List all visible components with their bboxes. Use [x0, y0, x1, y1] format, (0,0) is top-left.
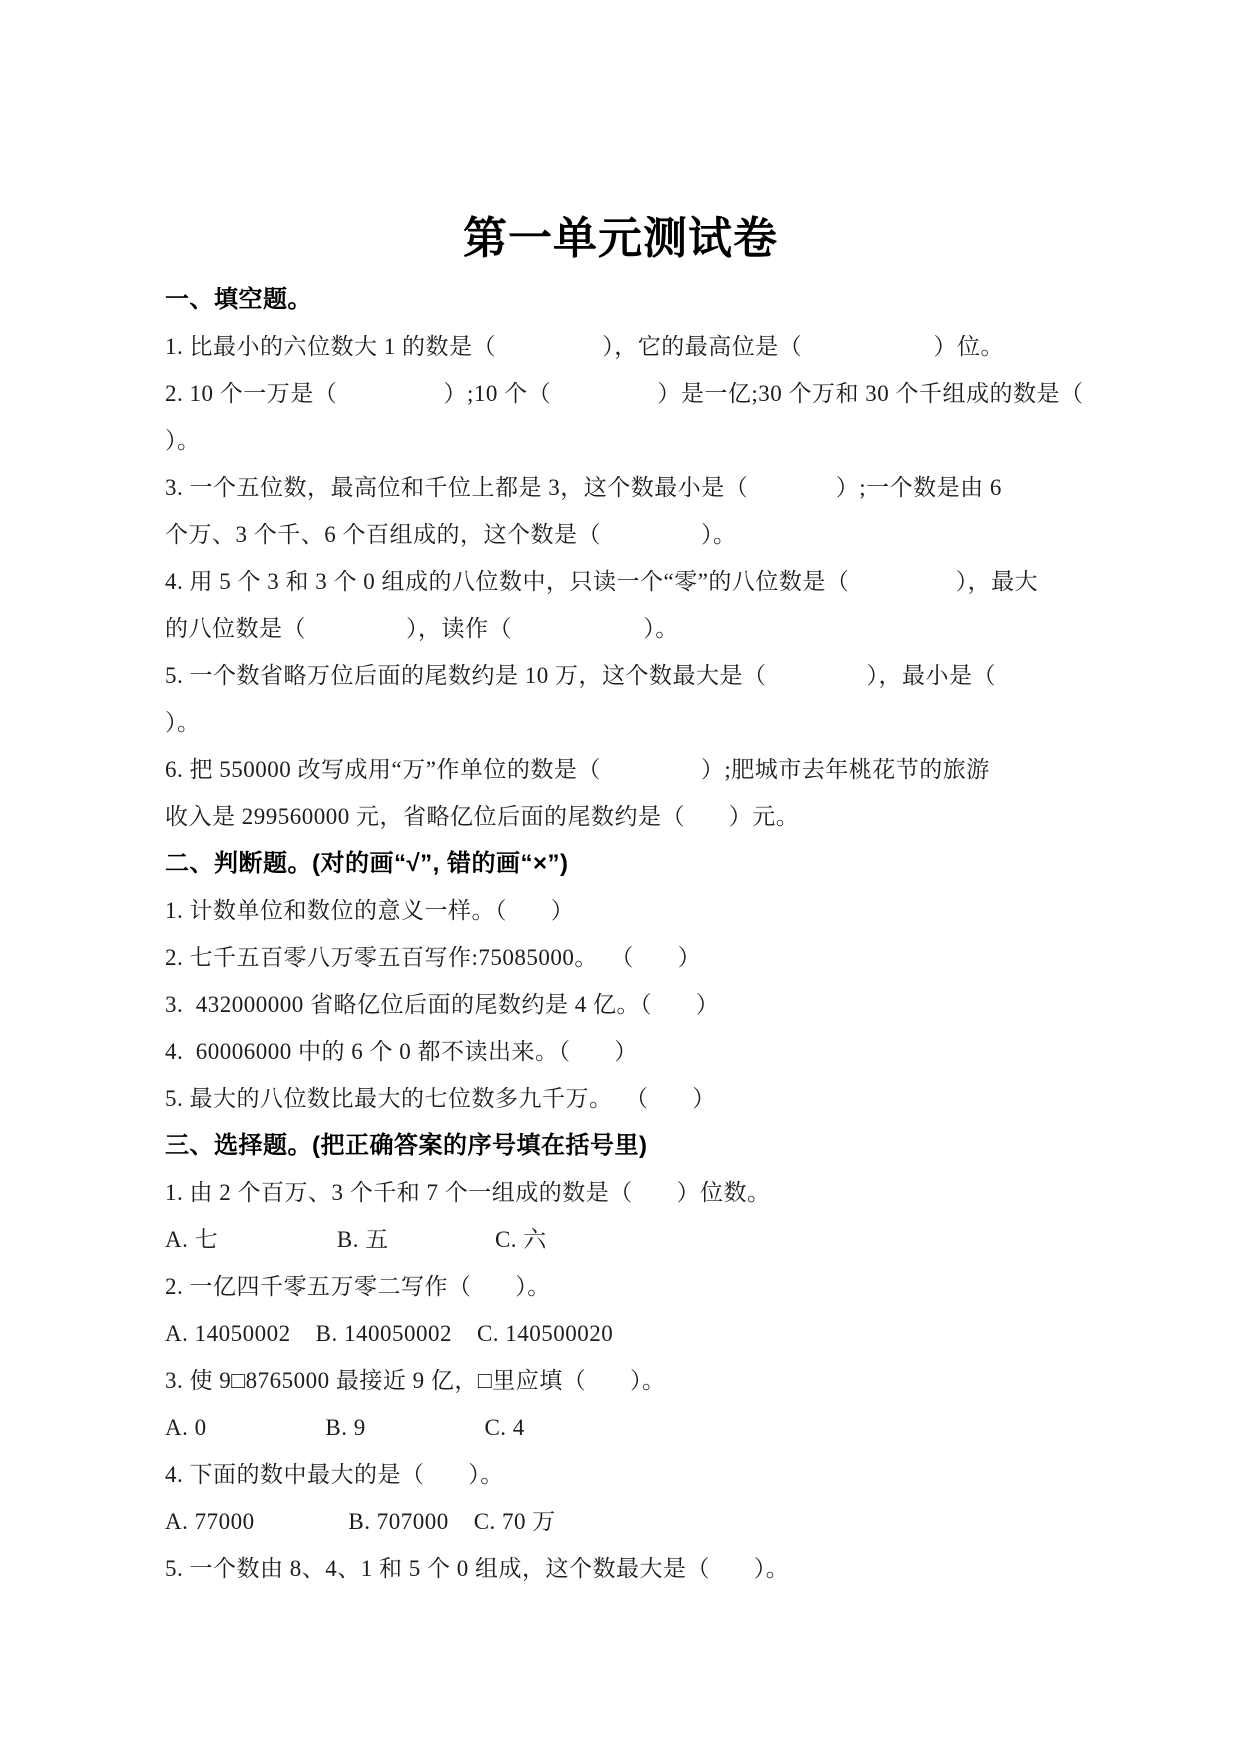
- paper-content: 一、填空题。 1. 比最小的六位数大 1 的数是（ ），它的最高位是（ ）位。 …: [165, 276, 1081, 1592]
- question-line: 5. 一个数由 8、4、1 和 5 个 0 组成，这个数最大是（ ）。: [165, 1545, 1081, 1592]
- section-true-false: 二、判断题。(对的画“√”, 错的画“×”) 1. 计数单位和数位的意义一样。（…: [165, 840, 1081, 1122]
- question-line: 4. 60006000 中的 6 个 0 都不读出来。（ ）: [165, 1028, 1081, 1075]
- section-fill-in-blanks: 一、填空题。 1. 比最小的六位数大 1 的数是（ ），它的最高位是（ ）位。 …: [165, 276, 1081, 840]
- question-line: 1. 由 2 个百万、3 个千和 7 个一组成的数是（ ）位数。: [165, 1169, 1081, 1216]
- question-line: 6. 把 550000 改写成用“万”作单位的数是（ ）;肥城市去年桃花节的旅游: [165, 746, 1081, 793]
- section-fill-in-blanks-header: 一、填空题。: [165, 276, 1081, 323]
- question-line: 3. 一个五位数，最高位和千位上都是 3，这个数最小是（ ）;一个数是由 6: [165, 464, 1081, 511]
- question-line: 3. 432000000 省略亿位后面的尾数约是 4 亿。（ ）: [165, 981, 1081, 1028]
- section-true-false-header: 二、判断题。(对的画“√”, 错的画“×”): [165, 840, 1081, 887]
- question-line: 2. 七千五百零八万零五百写作:75085000。 （ ）: [165, 934, 1081, 981]
- section-multiple-choice: 三、选择题。(把正确答案的序号填在括号里) 1. 由 2 个百万、3 个千和 7…: [165, 1122, 1081, 1592]
- question-line: 5. 一个数省略万位后面的尾数约是 10 万，这个数最大是（ ），最小是（: [165, 652, 1081, 699]
- question-line: 5. 最大的八位数比最大的七位数多九千万。 （ ）: [165, 1075, 1081, 1122]
- question-line-continuation: 收入是 299560000 元，省略亿位后面的尾数约是（ ）元。: [165, 793, 1081, 840]
- question-line-continuation: ）。: [165, 417, 1081, 464]
- question-line: 4. 下面的数中最大的是（ ）。: [165, 1451, 1081, 1498]
- question-line: 2. 一亿四千零五万零二写作（ ）。: [165, 1263, 1081, 1310]
- question-line: 4. 用 5 个 3 和 3 个 0 组成的八位数中，只读一个“零”的八位数是（…: [165, 558, 1081, 605]
- test-paper-page: 第一单元测试卷 一、填空题。 1. 比最小的六位数大 1 的数是（ ），它的最高…: [0, 0, 1241, 1754]
- question-line: 3. 使 9□8765000 最接近 9 亿，□里应填（ ）。: [165, 1357, 1081, 1404]
- question-line-continuation: 个万、3 个千、6 个百组成的，这个数是（ ）。: [165, 511, 1081, 558]
- choice-options-line: A. 14050002 B. 140050002 C. 140500020: [165, 1310, 1081, 1357]
- question-line: 2. 10 个一万是（ ）;10 个（ ）是一亿;30 个万和 30 个千组成的…: [165, 370, 1081, 417]
- page-title: 第一单元测试卷: [120, 212, 1121, 266]
- question-line-continuation: 的八位数是（ ），读作（ ）。: [165, 605, 1081, 652]
- question-line: 1. 比最小的六位数大 1 的数是（ ），它的最高位是（ ）位。: [165, 323, 1081, 370]
- choice-options-line: A. 0 B. 9 C. 4: [165, 1404, 1081, 1451]
- choice-options-line: A. 七 B. 五 C. 六: [165, 1216, 1081, 1263]
- question-line-continuation: ）。: [165, 699, 1081, 746]
- question-line: 1. 计数单位和数位的意义一样。（ ）: [165, 887, 1081, 934]
- choice-options-line: A. 77000 B. 707000 C. 70 万: [165, 1498, 1081, 1545]
- section-multiple-choice-header: 三、选择题。(把正确答案的序号填在括号里): [165, 1122, 1081, 1169]
